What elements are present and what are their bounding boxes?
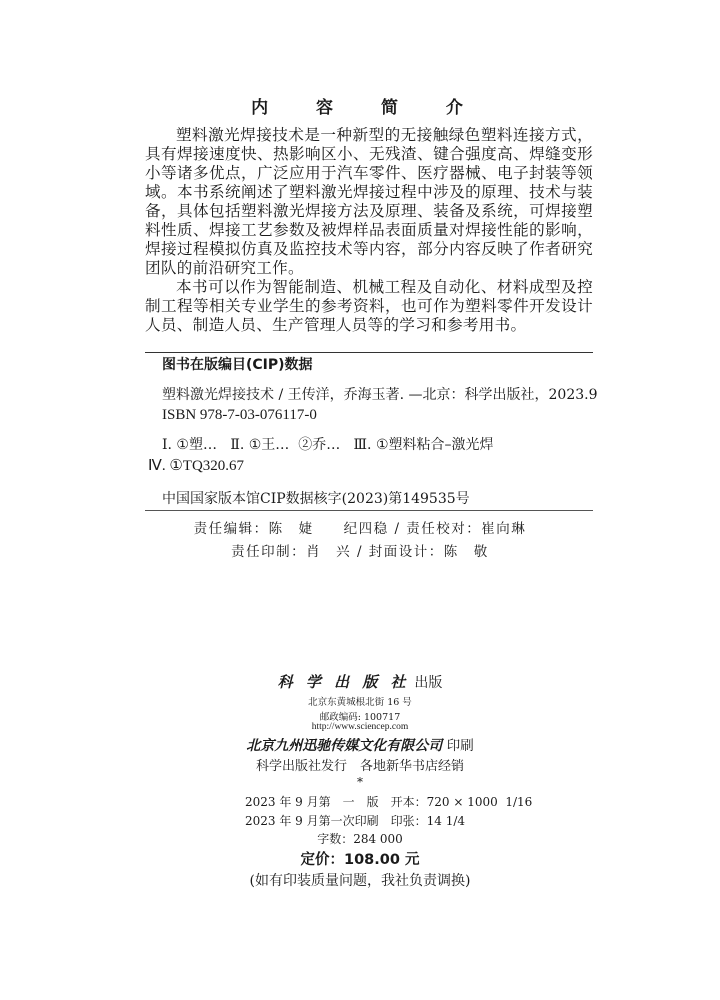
printing-credits: 责任印制：肖 兴 / 封面设计：陈 敬: [0, 540, 720, 560]
printing-info: 2023 年 9 月第一次印刷 印张：14 1/4: [245, 812, 465, 829]
publisher-website: http://www.sciencep.com: [0, 722, 720, 732]
publisher-name: 科 学 出 版 社: [278, 673, 410, 691]
publisher-address: 北京东黄城根北街 16 号: [0, 694, 720, 708]
content-summary: 塑料激光焊接技术是一种新型的无接触绿色塑料连接方式，具有焊接速度快、热影响区小、…: [145, 126, 593, 335]
page-title: 内 容 简 介: [0, 93, 720, 118]
cip-heading: 图书在版编目(CIP)数据: [162, 354, 313, 374]
printer-name: 北京九州迅驰传媒文化有限公司: [246, 738, 442, 754]
publisher-line: 科 学 出 版 社 出版: [0, 671, 720, 692]
cip-number: 中国国家版本馆CIP数据核字(2023)第149535号: [162, 488, 470, 508]
summary-paragraph-2: 本书可以作为智能制造、机械工程及自动化、材料成型及控制工程等相关专业学生的参考资…: [145, 278, 593, 335]
quality-notice: (如有印装质量问题，我社负责调换): [0, 870, 720, 890]
distribution-info: 科学出版社发行 各地新华书店经销: [0, 755, 720, 774]
summary-paragraph-1: 塑料激光焊接技术是一种新型的无接触绿色塑料连接方式，具有焊接速度快、热影响区小、…: [145, 126, 593, 278]
printer-line: 北京九州迅驰传媒文化有限公司 印刷: [0, 734, 720, 755]
cip-isbn: ISBN 978-7-03-076117-0: [162, 407, 317, 424]
edition-info: 2023 年 9 月第 一 版 开本：720 × 1000 1/16: [245, 793, 532, 810]
publisher-role: 出版: [414, 675, 442, 691]
publisher-postcode: 邮政编码: 100717: [0, 709, 720, 723]
cip-classification-1: Ⅰ. ①塑… Ⅱ. ①王… ②乔… Ⅲ. ①塑料粘合–激光焊: [162, 434, 494, 454]
cip-record: 塑料激光焊接技术 / 王传洋，乔海玉著. —北京：科学出版社，2023.9: [162, 384, 598, 404]
printer-role: 印刷: [447, 738, 474, 754]
cip-top-divider: [145, 352, 593, 353]
cip-bottom-divider: [145, 510, 593, 511]
cip-classification-2: Ⅳ. ①TQ320.67: [148, 456, 244, 475]
price: 定价：108.00 元: [0, 848, 720, 869]
separator-asterisk: *: [0, 775, 720, 789]
editor-credits: 责任编辑：陈 婕 纪四稳 / 责任校对：崔向琳: [0, 517, 720, 537]
word-count: 字数：284 000: [0, 830, 720, 847]
